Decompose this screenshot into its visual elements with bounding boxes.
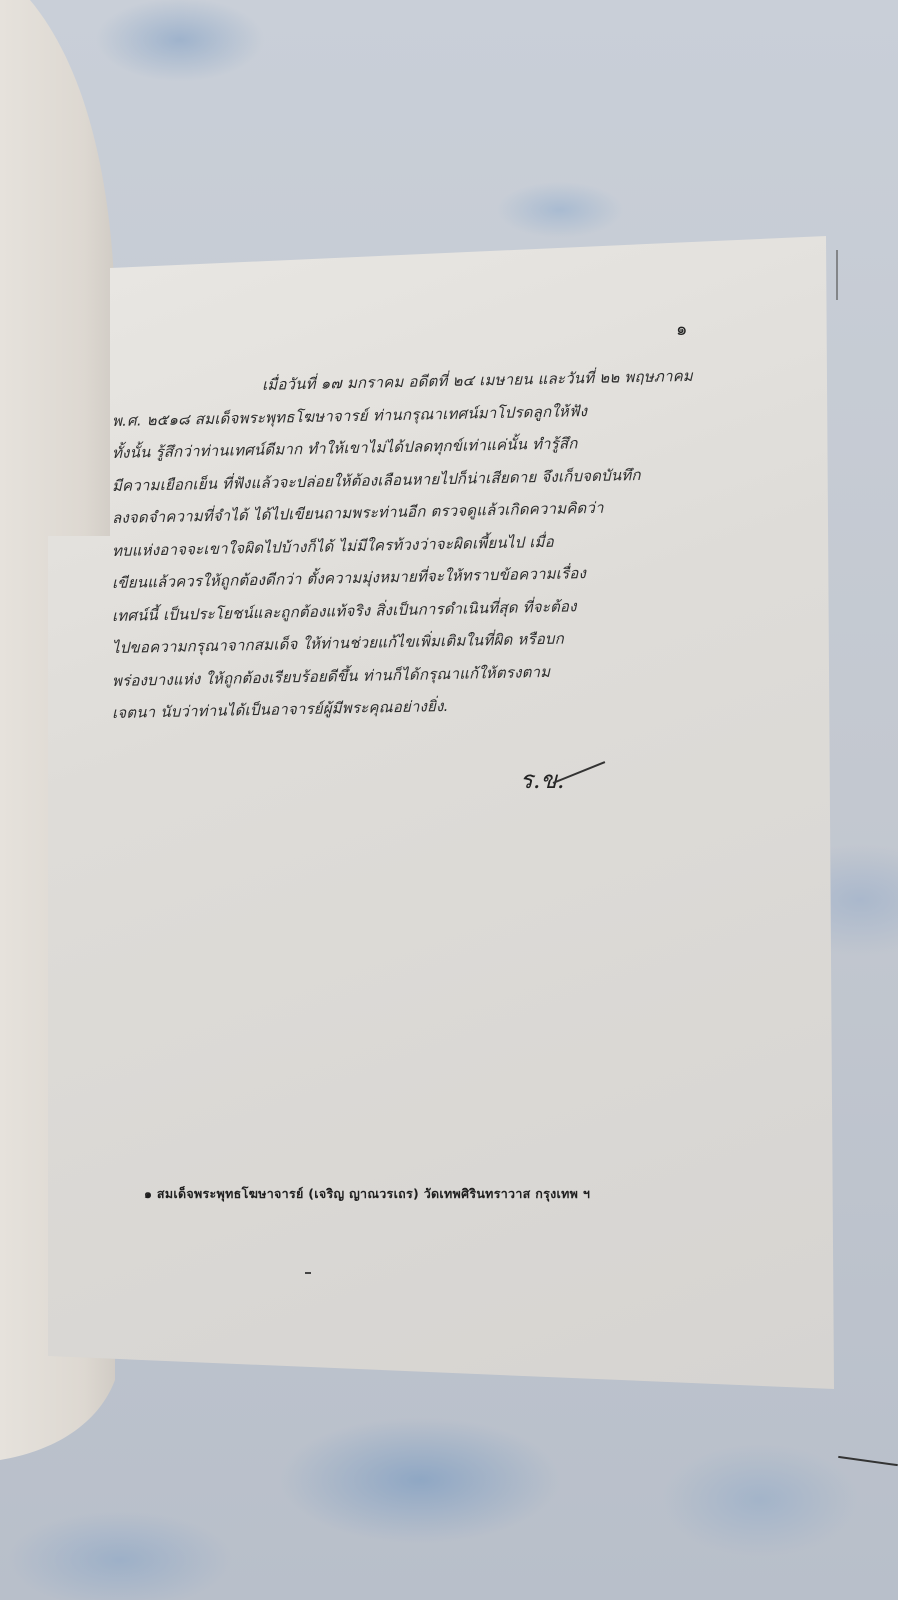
page-dash-mark (305, 1272, 311, 1274)
footnote-marker: ๑ (144, 1186, 152, 1201)
pen-mark (838, 1456, 898, 1466)
surface-mark (836, 250, 838, 300)
footnote: ๑ สมเด็จพระพุทธโฆษาจารย์ (เจริญ ญาณวรเถร… (144, 1184, 590, 1204)
footnote-text: สมเด็จพระพุทธโฆษาจารย์ (เจริญ ญาณวรเถร) … (157, 1186, 590, 1201)
handwritten-text-block: เมื่อวันที่ ๑๗ มกราคม อดีตที่ ๒๔ เมษายน … (112, 372, 724, 730)
page-number: ๑ (676, 314, 687, 343)
